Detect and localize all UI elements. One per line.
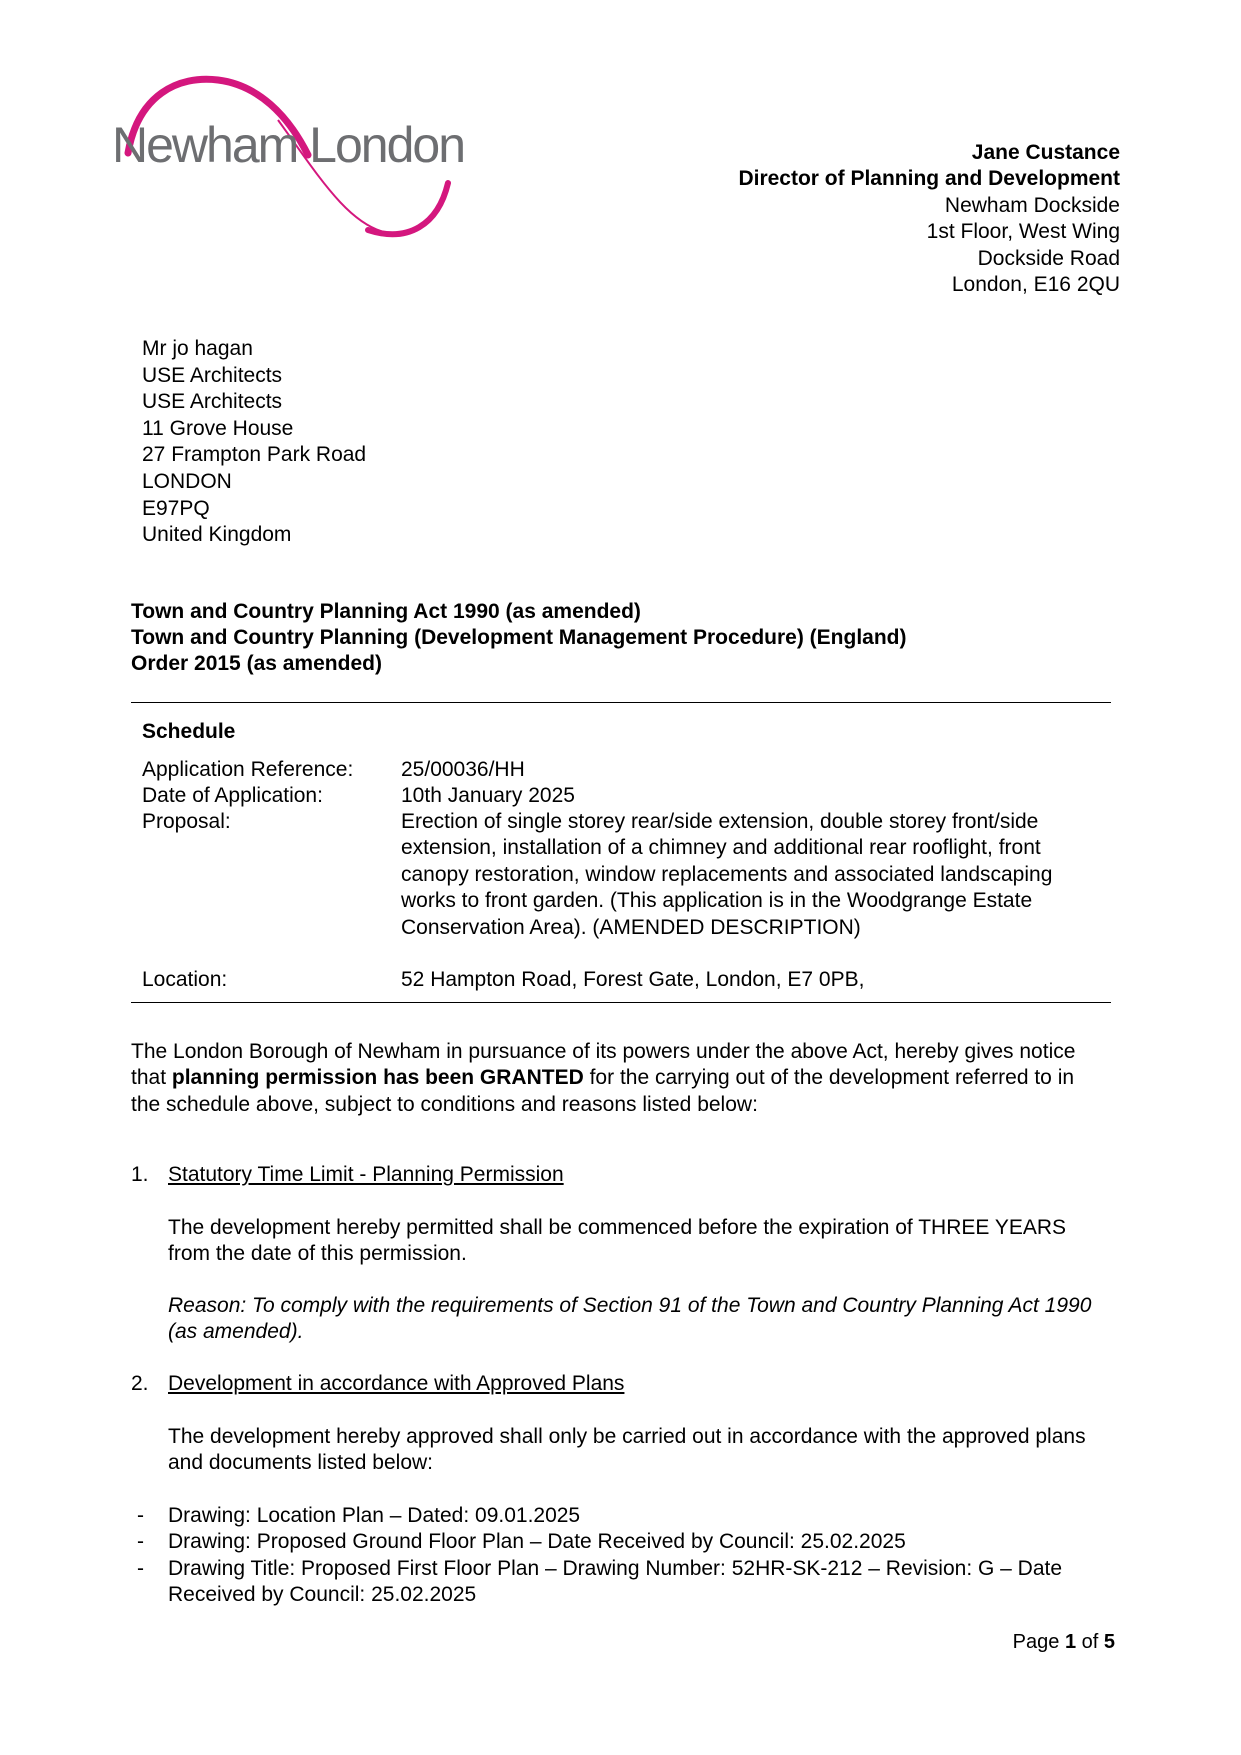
total-pages: 5 [1104,1631,1115,1653]
newham-london-logo: Newham London [118,75,478,245]
recipient-line: Mr jo hagan [142,336,366,363]
decision-notice-paragraph: The London Borough of Newham in pursuanc… [131,1039,1091,1118]
schedule-bottom-divider [131,1002,1111,1003]
schedule-value: 25/00036/HH [401,757,1107,783]
logo-swoosh-icon: Newham London [118,75,478,245]
schedule-row-date-of-application: Date of Application: 10th January 2025 [142,783,1107,809]
sender-address-line: Dockside Road [738,246,1120,272]
act-line: Town and Country Planning Act 1990 (as a… [131,599,907,625]
schedule-label: Location: [142,967,401,993]
condition-1-text: The development hereby permitted shall b… [168,1215,1098,1268]
bullet-dash: - [131,1556,168,1609]
sender-address-line: 1st Floor, West Wing [738,219,1120,245]
schedule-value: 52 Hampton Road, Forest Gate, London, E7… [401,967,1107,993]
schedule-row-application-reference: Application Reference: 25/00036/HH [142,757,1107,783]
list-item-text: Drawing: Proposed Ground Floor Plan – Da… [168,1529,906,1555]
legislation-heading: Town and Country Planning Act 1990 (as a… [131,599,907,677]
bullet-dash: - [131,1503,168,1529]
sender-title: Director of Planning and Development [738,166,1120,192]
recipient-address: Mr jo hagan USE Architects USE Architect… [142,336,366,549]
list-item: - Drawing: Location Plan – Dated: 09.01.… [131,1503,1121,1529]
current-page: 1 [1065,1631,1076,1653]
schedule-label: Date of Application: [142,783,401,809]
sender-address-line: London, E16 2QU [738,272,1120,298]
schedule-top-divider [131,702,1111,703]
bullet-dash: - [131,1529,168,1555]
list-item: - Drawing: Proposed Ground Floor Plan – … [131,1529,1121,1555]
recipient-line: United Kingdom [142,522,366,549]
list-item-text: Drawing Title: Proposed First Floor Plan… [168,1556,1121,1609]
decision-status: planning permission has been GRANTED [172,1066,584,1089]
schedule-title: Schedule [142,720,235,744]
act-line: Order 2015 (as amended) [131,651,907,677]
recipient-line: 27 Frampton Park Road [142,442,366,469]
schedule-label: Proposal: [142,809,401,941]
sender-name: Jane Custance [738,140,1120,166]
recipient-line: E97PQ [142,496,366,523]
condition-title: Statutory Time Limit - Planning Permissi… [168,1163,564,1187]
condition-1-reason: Reason: To comply with the requirements … [168,1293,1098,1346]
condition-1-heading: 1. Statutory Time Limit - Planning Permi… [131,1163,564,1187]
act-line: Town and Country Planning (Development M… [131,625,907,651]
sender-block: Jane Custance Director of Planning and D… [738,140,1120,298]
recipient-line: LONDON [142,469,366,496]
condition-2-heading: 2. Development in accordance with Approv… [131,1372,624,1396]
condition-title: Development in accordance with Approved … [168,1372,624,1396]
schedule-row-proposal: Proposal: Erection of single storey rear… [142,809,1107,941]
page-number: Page 1 of 5 [1013,1631,1115,1654]
list-item-text: Drawing: Location Plan – Dated: 09.01.20… [168,1503,580,1529]
condition-2-text: The development hereby approved shall on… [168,1424,1118,1477]
condition-number: 2. [131,1372,168,1396]
recipient-line: 11 Grove House [142,416,366,443]
schedule-row-location: Location: 52 Hampton Road, Forest Gate, … [142,967,1107,993]
recipient-line: USE Architects [142,389,366,416]
list-item: - Drawing Title: Proposed First Floor Pl… [131,1556,1121,1609]
approved-plans-list: - Drawing: Location Plan – Dated: 09.01.… [131,1503,1121,1609]
svg-text:Newham London: Newham London [112,117,464,173]
schedule-value: Erection of single storey rear/side exte… [401,809,1107,941]
schedule-label: Application Reference: [142,757,401,783]
sender-address-line: Newham Dockside [738,193,1120,219]
condition-number: 1. [131,1163,168,1187]
recipient-line: USE Architects [142,363,366,390]
schedule-value: 10th January 2025 [401,783,1107,809]
